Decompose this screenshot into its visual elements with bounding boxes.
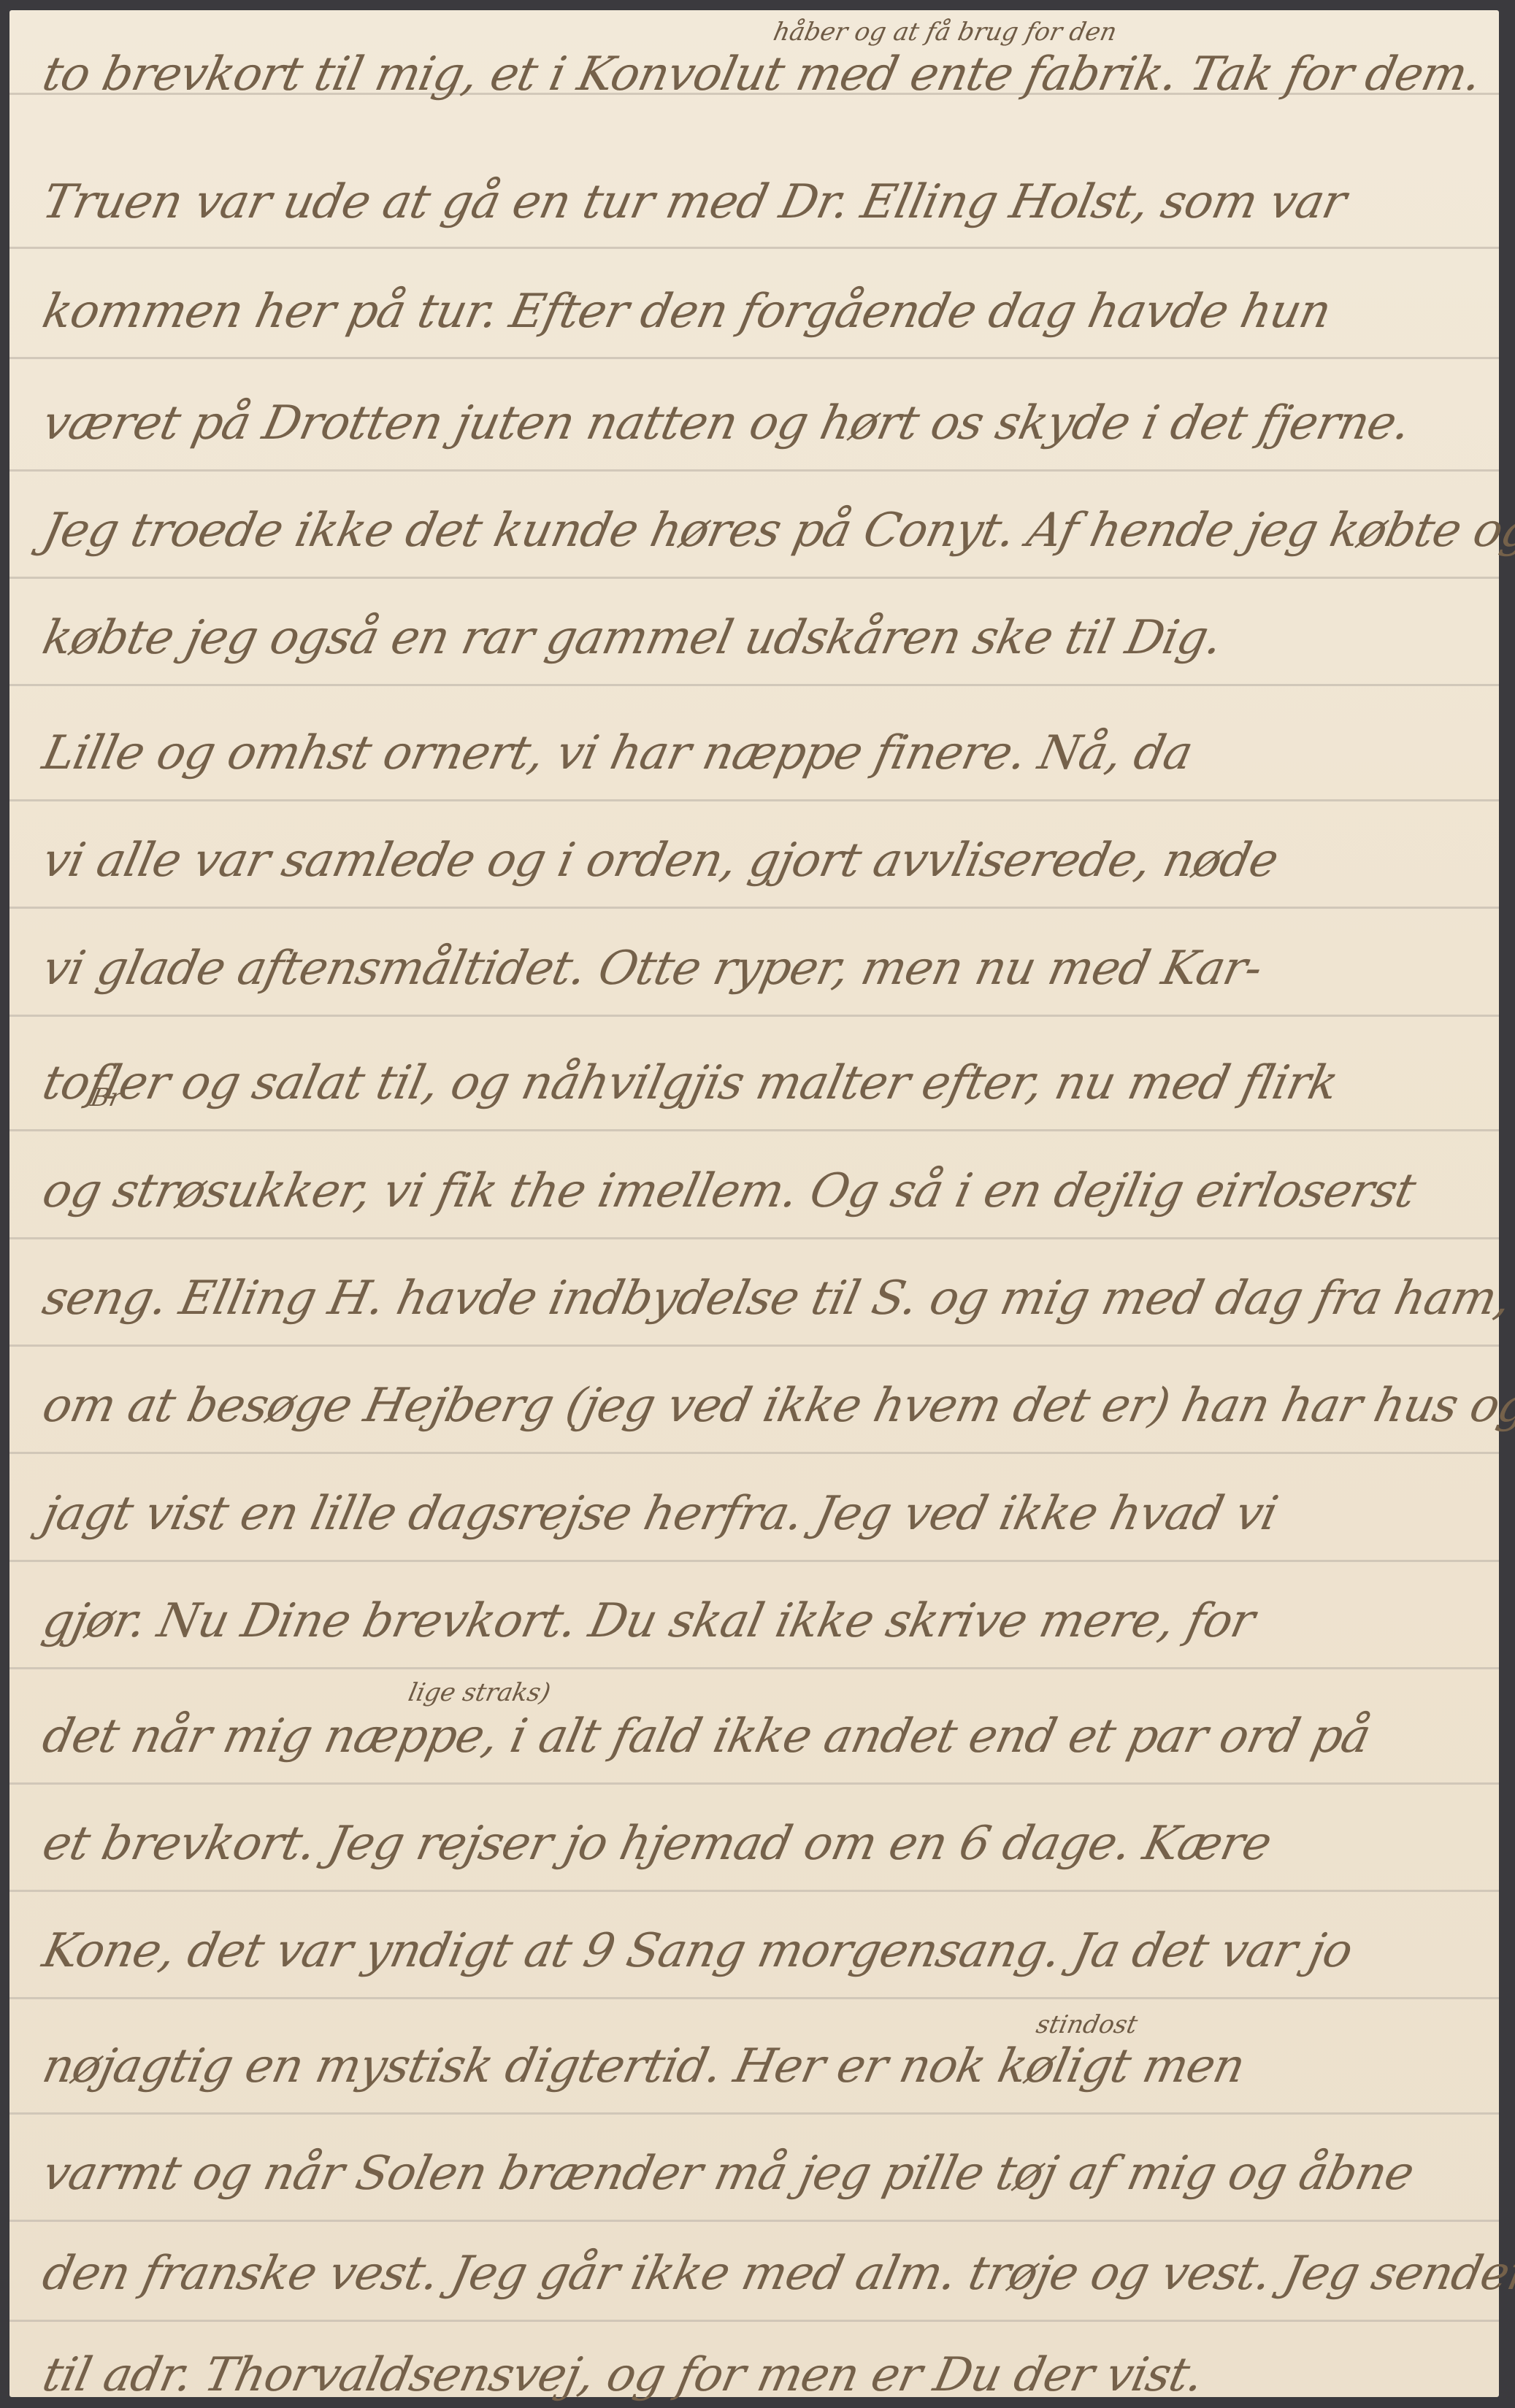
- text-line: det når mig næppe, i alt fald ikke andet…: [39, 1713, 1495, 1760]
- text-line: Lille og omhst ornert, vi har næppe fine…: [39, 730, 1495, 777]
- text-line: og strøsukker, vi fik the imellem. Og så…: [39, 1168, 1495, 1215]
- ruled-line: [9, 247, 1499, 249]
- ruled-line: [9, 1667, 1499, 1669]
- text-line: jagt vist en lille dagsrejse herfra. Jeg…: [39, 1490, 1495, 1537]
- text-line: gjør. Nu Dine brevkort. Du skal ikke skr…: [39, 1598, 1495, 1645]
- letter-page: håber og at få brug for denlige straks)s…: [9, 10, 1499, 2397]
- ruled-line: [9, 1129, 1499, 1131]
- text-line: nøjagtig en mystisk digtertid. Her er no…: [39, 2043, 1495, 2090]
- ruled-line: [9, 577, 1499, 579]
- ruled-line: [9, 2320, 1499, 2322]
- ruled-line: [9, 357, 1499, 359]
- text-line: et brevkort. Jeg rejser jo hjemad om en …: [39, 1820, 1495, 1867]
- text-line: den franske vest. Jeg går ikke med alm. …: [39, 2250, 1495, 2297]
- ruled-line: [9, 1782, 1499, 1785]
- text-line: seng. Elling H. havde indbydelse til S. …: [39, 1275, 1495, 1322]
- ruled-line: [9, 799, 1499, 801]
- ruled-line: [9, 1015, 1499, 1017]
- text-line: været på Drotten juten natten og hørt os…: [39, 400, 1495, 447]
- ruled-line: [9, 469, 1499, 472]
- interlinear-note: lige straks): [406, 1678, 553, 1707]
- text-line: Truen var ude at gå en tur med Dr. Ellin…: [39, 179, 1495, 226]
- ruled-line: [9, 1890, 1499, 1892]
- interlinear-note: håber og at få brug for den: [771, 18, 1119, 47]
- text-line: tofler og salat til, og nåhvilgjis malte…: [39, 1060, 1495, 1107]
- text-line: kommen her på tur. Efter den forgående d…: [39, 288, 1495, 335]
- ruled-line: [9, 2112, 1499, 2115]
- ruled-line: [9, 684, 1499, 686]
- ruled-line: [9, 1345, 1499, 1347]
- ruled-line: [9, 907, 1499, 909]
- text-line: vi alle var samlede og i orden, gjort av…: [39, 837, 1495, 884]
- ruled-line: [9, 1452, 1499, 1454]
- text-line: til adr. Thorvaldsensvej, og for men er …: [39, 2352, 1495, 2399]
- interlinear-note: stindost: [1034, 2010, 1140, 2039]
- text-line: købte jeg også en rar gammel udskåren sk…: [39, 615, 1495, 661]
- text-line: Jeg troede ikke det kunde høres på Conyt…: [39, 507, 1495, 554]
- text-line: om at besøge Hejberg (jeg ved ikke hvem …: [39, 1382, 1495, 1429]
- ruled-line: [9, 1560, 1499, 1562]
- ruled-line: [9, 1997, 1499, 1999]
- ruled-line: [9, 2220, 1499, 2222]
- text-line: vi glade aftensmåltidet. Otte ryper, men…: [39, 945, 1495, 992]
- text-line: Kone, det var yndigt at 9 Sang morgensan…: [39, 1928, 1495, 1974]
- text-line: to brevkort til mig, et i Konvolut med e…: [39, 51, 1495, 98]
- ruled-line: [9, 1237, 1499, 1239]
- text-line: varmt og når Solen brænder må jeg pille …: [39, 2150, 1495, 2197]
